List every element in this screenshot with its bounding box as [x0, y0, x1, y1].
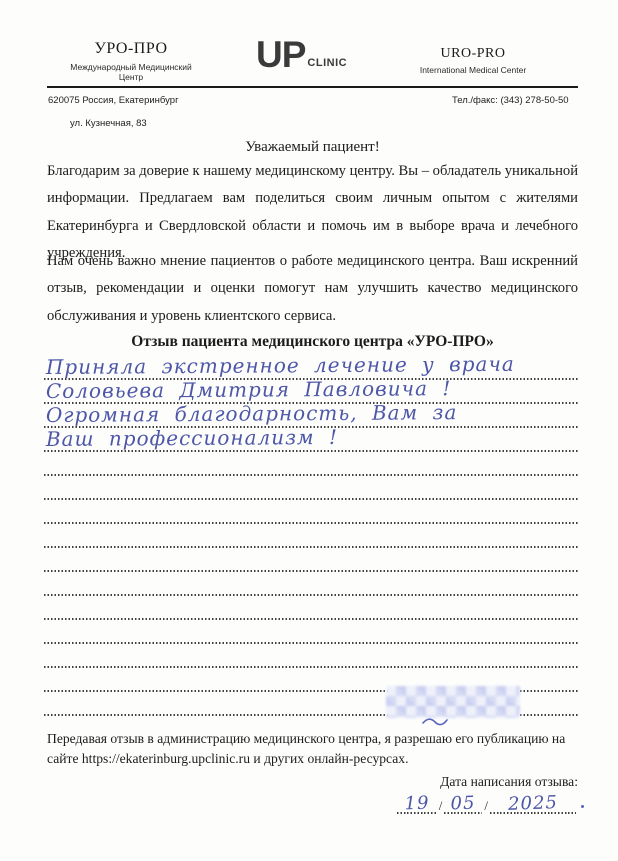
review-empty-line	[44, 596, 578, 620]
consent-text: Передавая отзыв в администрацию медицинс…	[47, 729, 580, 768]
review-heading: Отзыв пациента медицинского центра «УРО-…	[47, 333, 578, 351]
review-empty-line	[44, 548, 578, 572]
date-separator: /	[482, 798, 490, 816]
review-empty-line	[44, 620, 578, 644]
handwritten-review-line-1: Приняла экстренное лечение у врача	[46, 352, 515, 379]
review-empty-line	[44, 524, 578, 548]
handwritten-day: 19	[404, 793, 430, 815]
address-line2: ул. Кузнечная, 83	[70, 118, 147, 129]
pen-squiggle-mark	[420, 714, 454, 728]
date-year-field: 2025	[490, 792, 576, 816]
clinic-name-en-block: URO-PRO International Medical Center	[398, 46, 548, 75]
phone-fax: Тел./факс: (343) 278-50-50	[452, 95, 569, 106]
review-line: Ваш профессионализм !	[44, 428, 578, 452]
review-lines-empty	[44, 452, 578, 716]
review-empty-line	[44, 500, 578, 524]
handwritten-review-line-2: Соловьева Дмитрия Павловича !	[46, 376, 452, 403]
clinic-name-ru-block: УРО-ПРО Международный Медицинский Центр	[58, 40, 204, 82]
scanned-feedback-form: УРО-ПРО Международный Медицинский Центр …	[0, 0, 618, 861]
clinic-name-en: URO-PRO	[398, 46, 548, 62]
address-line1: 620075 Россия, Екатеринбург	[48, 95, 179, 106]
review-empty-line	[44, 644, 578, 668]
handwritten-review-line-3: Огромная благодарность, Вам за	[46, 400, 458, 427]
logo-main-text: UP	[256, 40, 305, 70]
letter-paragraph-2: Нам очень важно мнение пациентов о работ…	[47, 248, 578, 330]
date-month-field: 05	[444, 792, 482, 816]
clinic-subtitle-ru: Международный Медицинский Центр	[58, 62, 204, 82]
review-empty-line	[44, 452, 578, 476]
review-area: Приняла экстренное лечение у врача Солов…	[44, 356, 578, 716]
up-clinic-logo: UP CLINIC	[256, 40, 347, 70]
date-day-field: 19	[397, 792, 437, 816]
date-row: 19 / 05 / 2025	[397, 792, 576, 816]
handwritten-month: 05	[451, 793, 477, 815]
review-empty-line	[44, 476, 578, 500]
date-label: Дата написания отзыва:	[440, 774, 578, 790]
pen-dot-mark	[581, 805, 584, 808]
handwritten-review-line-4: Ваш профессионализм !	[46, 425, 338, 451]
logo-sub-text: CLINIC	[307, 57, 347, 70]
salutation: Уважаемый пациент!	[47, 139, 578, 156]
review-empty-line	[44, 572, 578, 596]
clinic-name-ru: УРО-ПРО	[58, 40, 204, 58]
header-divider	[47, 86, 578, 88]
clinic-subtitle-en: International Medical Center	[398, 65, 548, 75]
date-separator: /	[437, 798, 445, 816]
handwritten-year: 2025	[508, 792, 559, 815]
